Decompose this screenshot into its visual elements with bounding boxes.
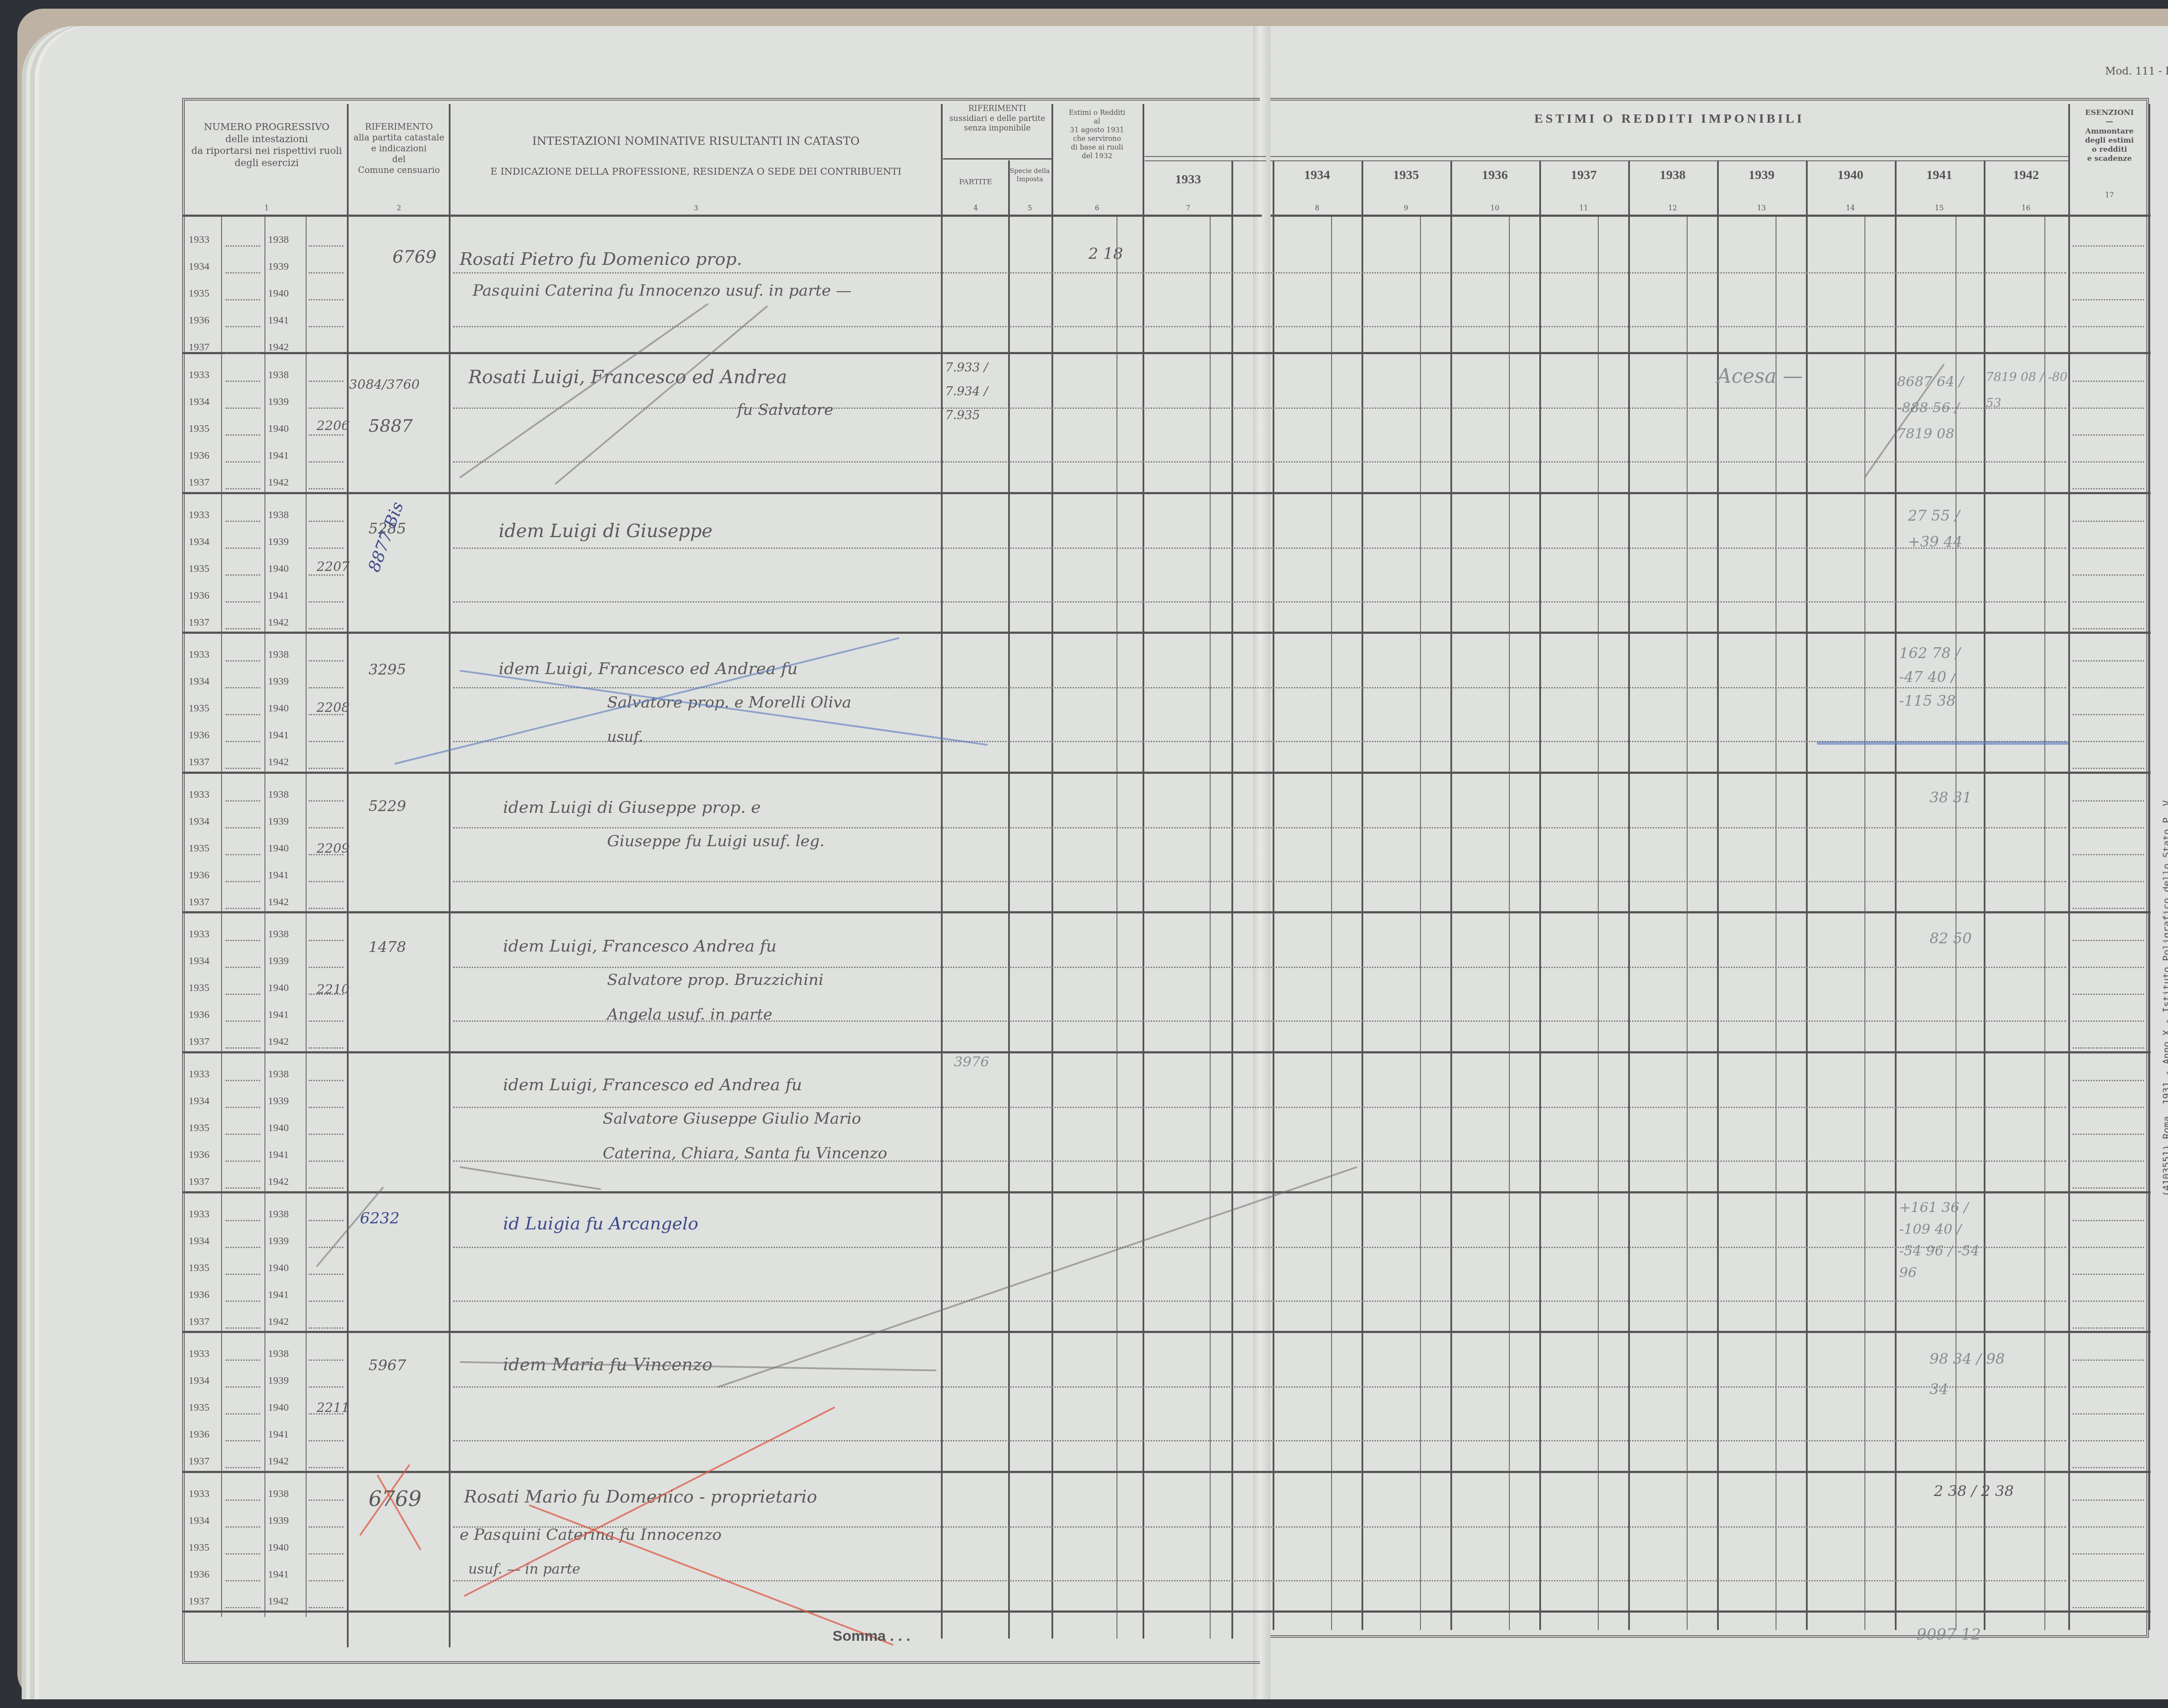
dotted-line <box>309 768 343 769</box>
column-number: 17 <box>2070 191 2148 199</box>
entry-value-1941: 27 55 / +39 44 <box>1908 503 1995 555</box>
dotted-line <box>2073 601 2144 603</box>
year-label: 1935 <box>189 1122 209 1134</box>
header-line: — <box>2070 117 2148 127</box>
year-label: 1939 <box>268 955 289 967</box>
year-label: 1937 <box>189 477 209 489</box>
row-separator <box>182 352 2151 354</box>
form-model-text: Mod. 111 - Imposte Dirette <box>2105 65 2168 77</box>
year-label: 1934 <box>189 676 209 688</box>
dotted-line <box>309 548 343 549</box>
header-riferimento: RIFERIMENTO alla partita catastale e ind… <box>349 121 449 176</box>
year-label: 1942 <box>268 1456 289 1467</box>
entry-line3: Angela usuf. in parte <box>607 1006 772 1023</box>
header-title: RIFERIMENTI <box>943 104 1051 114</box>
dotted-line <box>2073 574 2144 576</box>
year-label: 1940 <box>268 423 289 435</box>
year-label: 1939 <box>268 396 289 408</box>
dotted-line <box>225 326 260 327</box>
year-label: 1941 <box>268 590 289 602</box>
year-label: 1938 <box>268 1488 289 1500</box>
entry-line2: Salvatore prop. Bruzzichini <box>607 971 823 989</box>
year-label: 1942 <box>268 896 289 908</box>
header-line: di base ai ruoli <box>1054 143 1140 152</box>
header-riferimenti-sussidiari: RIFERIMENTI sussidiari e delle partite s… <box>943 104 1051 134</box>
dotted-line <box>225 548 260 549</box>
dotted-line <box>309 299 343 300</box>
year-label: 1941 <box>268 315 289 326</box>
column-number: 8 <box>1273 204 1362 212</box>
header-line: da riportarsi nei rispettivi ruoli <box>186 145 347 157</box>
entry-value-1941: 162 78 / -47 40 / -115 38 <box>1899 642 1986 713</box>
entry-progressivo: 2211 <box>317 1400 349 1415</box>
header-line: del <box>349 154 449 165</box>
dotted-line <box>309 1526 343 1528</box>
year-label: 1935 <box>189 843 209 854</box>
entry-rif-partite: 3976 <box>954 1053 989 1070</box>
dotted-line <box>225 1274 260 1275</box>
entry-name: idem Luigi di Giuseppe prop. e <box>503 798 761 817</box>
header-year: 1936 <box>1450 167 1539 183</box>
row-separator <box>182 632 2151 634</box>
year-label: 1934 <box>189 396 209 408</box>
column-rule <box>1864 217 1865 1630</box>
column-rule <box>1008 160 1010 1639</box>
year-label: 1938 <box>268 1069 289 1080</box>
entry-value-1942: 7819 08 / -80 53 <box>1986 364 2073 416</box>
dotted-line <box>309 741 343 742</box>
dotted-line <box>2073 1499 2144 1501</box>
dotted-line <box>309 967 343 968</box>
year-label: 1933 <box>189 369 209 381</box>
entry-line3: Caterina, Chiara, Santa fu Vincenzo <box>603 1144 887 1162</box>
dotted-line <box>225 245 260 247</box>
dotted-line <box>2073 741 2144 742</box>
dotted-line <box>2073 1020 2144 1022</box>
dotted-line <box>225 940 260 941</box>
dotted-line <box>309 1080 343 1081</box>
year-label: 1942 <box>268 477 289 489</box>
entry-progressivo: 2206 <box>317 418 349 434</box>
column-rule <box>1362 160 1363 1630</box>
dotted-line <box>225 521 260 522</box>
header-line: 31 agosto 1931 <box>1054 126 1140 134</box>
entry-progressivo: 2207 <box>317 559 349 574</box>
year-label: 1940 <box>268 1122 289 1134</box>
dotted-line <box>2073 854 2144 855</box>
dotted-line <box>309 245 343 247</box>
dotted-line <box>309 1553 343 1555</box>
dotted-line <box>309 1327 343 1329</box>
dotted-line <box>309 601 343 603</box>
header-line: Comune censuario <box>349 165 449 176</box>
year-label: 1937 <box>189 756 209 768</box>
header-divider <box>1270 156 2068 161</box>
dotted-line <box>225 1327 260 1329</box>
column-rule <box>306 217 307 1617</box>
row-separator <box>182 492 2151 494</box>
dotted-line <box>2073 994 2144 995</box>
year-label: 1936 <box>189 450 209 462</box>
entry-partita: 1478 <box>369 939 406 956</box>
dotted-line <box>309 1440 343 1441</box>
dotted-line <box>309 687 343 688</box>
column-rule <box>1806 160 1808 1630</box>
column-number: 7 <box>1145 204 1231 212</box>
header-title: NUMERO PROGRESSIVO <box>186 121 347 134</box>
dotted-line <box>2073 326 2144 327</box>
dotted-line <box>453 1301 2066 1302</box>
dotted-line <box>225 967 260 968</box>
year-label: 1940 <box>268 563 289 575</box>
dotted-line <box>225 1413 260 1415</box>
year-label: 1941 <box>268 1009 289 1021</box>
entry-partita: 6769 <box>392 247 437 267</box>
dotted-line <box>453 827 2066 828</box>
year-label: 1942 <box>268 1596 289 1607</box>
dotted-line <box>309 1160 343 1162</box>
year-label: 1940 <box>268 703 289 714</box>
dotted-line <box>453 1440 2066 1441</box>
right-table-frame <box>1270 98 2149 1638</box>
dotted-line <box>225 827 260 828</box>
column-number: 12 <box>1628 204 1717 212</box>
header-annotazioni: ANNOTAZIONI <box>2151 139 2168 152</box>
dotted-line <box>225 908 260 909</box>
year-label: 1938 <box>268 509 289 521</box>
header-subtitle: E INDICAZIONE DELLA PROFESSIONE, RESIDEN… <box>451 166 941 178</box>
entry-value-1941: 98 34 / 98 34 <box>1930 1344 2016 1405</box>
year-label: 1936 <box>189 315 209 326</box>
header-estimi-imponibili: ESTIMI O REDDITI IMPONIBILI <box>1275 111 2064 127</box>
year-label: 1938 <box>268 234 289 246</box>
year-label: 1936 <box>189 1569 209 1581</box>
dotted-line <box>309 827 343 828</box>
column-rule <box>1143 104 1144 1639</box>
entry-name: idem Luigi, Francesco Andrea fu <box>503 936 777 955</box>
entry-value-1941: 8687 64 / -888 56 / 7819 08 <box>1897 368 1984 447</box>
dotted-line <box>225 1020 260 1022</box>
dotted-line <box>453 326 2066 327</box>
column-number: 18 <box>2151 191 2168 199</box>
year-label: 1935 <box>189 1262 209 1274</box>
dotted-line <box>2073 1440 2144 1441</box>
header-divider <box>943 158 1051 160</box>
column-rule <box>1273 160 1274 1630</box>
year-label: 1939 <box>268 536 289 548</box>
dotted-line <box>309 574 343 576</box>
entry-progressivo: 2209 <box>317 841 349 856</box>
dotted-line <box>309 1020 343 1022</box>
header-line: del 1932 <box>1054 152 1140 160</box>
year-label: 1935 <box>189 288 209 300</box>
row-separator <box>182 1051 2151 1053</box>
dotted-line <box>2073 1274 2144 1275</box>
year-label: 1934 <box>189 536 209 548</box>
dotted-line <box>225 1526 260 1528</box>
column-number: 15 <box>1895 204 1984 212</box>
dotted-line <box>2073 768 2144 769</box>
header-year: 1940 <box>1806 167 1895 183</box>
header-line: e indicazioni <box>349 143 449 154</box>
year-label: 1938 <box>268 649 289 661</box>
dotted-line <box>309 381 343 382</box>
dotted-line <box>225 1301 260 1302</box>
header-bottom-rule <box>1270 215 2151 217</box>
dotted-line <box>225 1553 260 1555</box>
dotted-line <box>453 407 2066 409</box>
entry-partita-new: 5887 <box>369 416 413 436</box>
entry-value-1941: 38 31 <box>1930 789 1972 806</box>
year-label: 1934 <box>189 955 209 967</box>
dotted-line <box>453 881 2066 882</box>
dotted-line <box>2073 1160 2144 1162</box>
header-esenzioni: ESENZIONI — Ammontare degli estimi o red… <box>2070 108 2148 164</box>
column-number: 10 <box>1450 204 1539 212</box>
year-label: 1939 <box>268 1235 289 1247</box>
year-label: 1942 <box>268 1176 289 1188</box>
dotted-line <box>309 326 343 327</box>
entry-name: id Luigia fu Arcangelo <box>503 1214 699 1234</box>
entry-value-1941: +161 36 / -109 40 / -54 96 / -54 96 <box>1899 1196 1986 1283</box>
dotted-line <box>225 407 260 409</box>
year-label: 1940 <box>268 982 289 994</box>
dotted-line <box>225 1047 260 1049</box>
year-label: 1940 <box>268 843 289 854</box>
column-rule <box>1051 104 1053 1639</box>
dotted-line <box>2073 434 2144 436</box>
dotted-line <box>2073 548 2144 549</box>
year-label: 1933 <box>189 789 209 801</box>
somma-label: Somma . . . <box>833 1628 911 1645</box>
entry-name: Rosati Pietro fu Domenico prop. <box>460 249 742 269</box>
dotted-line <box>225 1080 260 1081</box>
column-rule <box>2148 104 2150 1630</box>
column-rule <box>347 104 349 1647</box>
year-label: 1939 <box>268 261 289 273</box>
dotted-line <box>2073 1386 2144 1388</box>
dotted-line <box>309 881 343 882</box>
year-label: 1937 <box>189 1036 209 1048</box>
row-separator <box>182 911 2151 913</box>
year-label: 1933 <box>189 1209 209 1220</box>
dotted-line <box>2073 881 2144 882</box>
dotted-line <box>453 272 2066 274</box>
dotted-line <box>309 660 343 662</box>
header-year-1933: 1933 <box>1145 171 1231 188</box>
dotted-line <box>2073 1607 2144 1608</box>
header-bottom-rule <box>182 215 1262 217</box>
entry-partita: 6232 <box>360 1209 400 1227</box>
year-label: 1938 <box>268 369 289 381</box>
column-number: 2 <box>349 204 449 212</box>
dotted-line <box>225 1187 260 1189</box>
dotted-line <box>2073 1220 2144 1221</box>
header-year: 1935 <box>1362 167 1450 183</box>
dotted-line <box>453 601 2066 603</box>
year-label: 1934 <box>189 261 209 273</box>
column-rule <box>941 104 943 1639</box>
header-year: 1942 <box>1984 167 2068 183</box>
column-number: 1 <box>186 204 347 212</box>
dotted-line <box>225 1134 260 1135</box>
entry-partita: 3084/3760 <box>349 377 420 392</box>
dotted-line <box>309 1607 343 1608</box>
column-rule <box>1984 160 1985 1630</box>
dotted-line <box>225 994 260 995</box>
year-label: 1933 <box>189 509 209 521</box>
column-rule <box>1420 217 1421 1630</box>
dotted-line <box>2073 245 2144 247</box>
dotted-line <box>309 1499 343 1501</box>
year-label: 1934 <box>189 1375 209 1387</box>
dotted-line <box>225 1160 260 1162</box>
header-line: Ammontare <box>2070 127 2148 136</box>
year-label: 1941 <box>268 1149 289 1161</box>
header-line: sussidiari e delle partite <box>943 114 1051 124</box>
dotted-line <box>2073 1187 2144 1189</box>
year-label: 1938 <box>268 1209 289 1220</box>
dotted-line <box>2073 1047 2144 1049</box>
dotted-line <box>225 1499 260 1501</box>
dotted-line <box>2073 407 2144 409</box>
year-label: 1933 <box>189 1069 209 1080</box>
header-year: 1934 <box>1273 167 1362 183</box>
dotted-line <box>225 687 260 688</box>
header-line: degli esercizi <box>186 157 347 169</box>
year-label: 1934 <box>189 1095 209 1107</box>
dotted-line <box>2073 967 2144 968</box>
row-separator <box>182 1331 2151 1333</box>
header-title: ESENZIONI <box>2070 108 2148 117</box>
header-year: 1941 <box>1895 167 1984 183</box>
entry-name: idem Luigi di Giuseppe <box>499 520 712 541</box>
dotted-line <box>225 1220 260 1221</box>
entry-progressivo: 2208 <box>317 700 349 715</box>
dotted-line <box>225 1107 260 1108</box>
entry-line2: Giuseppe fu Luigi usuf. leg. <box>607 832 825 850</box>
dotted-line <box>309 272 343 274</box>
year-label: 1942 <box>268 1316 289 1328</box>
year-label: 1936 <box>189 1289 209 1301</box>
column-rule <box>1628 160 1630 1630</box>
column-rule <box>221 217 222 1617</box>
year-label: 1939 <box>268 816 289 828</box>
column-rule <box>1450 160 1452 1630</box>
dotted-line <box>225 1607 260 1608</box>
column-number: 9 <box>1362 204 1450 212</box>
entry-partita: 5967 <box>369 1357 406 1374</box>
dotted-line <box>225 353 260 354</box>
dotted-line <box>225 1386 260 1388</box>
dotted-line <box>453 967 2066 968</box>
year-label: 1938 <box>268 929 289 940</box>
dotted-line <box>2073 1247 2144 1248</box>
dotted-line <box>2073 1553 2144 1555</box>
entry-name: Rosati Mario fu Domenico - proprietario <box>464 1487 817 1507</box>
year-label: 1935 <box>189 982 209 994</box>
header-specie-imposta: Specie della Imposta <box>1008 167 1051 183</box>
year-label: 1937 <box>189 1456 209 1467</box>
dotted-line <box>225 1247 260 1248</box>
dotted-line <box>2073 908 2144 909</box>
header-partite: PARTITE <box>943 178 1008 187</box>
year-label: 1936 <box>189 1429 209 1441</box>
year-label: 1935 <box>189 1542 209 1554</box>
column-rule <box>1231 160 1233 1639</box>
year-label: 1933 <box>189 649 209 661</box>
dotted-line <box>309 1134 343 1135</box>
dotted-line <box>225 488 260 489</box>
dotted-line <box>2073 1107 2144 1108</box>
dotted-line <box>309 1107 343 1108</box>
year-label: 1936 <box>189 590 209 602</box>
column-rule <box>2068 104 2070 1630</box>
dotted-line <box>2073 1134 2144 1135</box>
dotted-line <box>2073 272 2144 274</box>
dotted-line <box>2073 1359 2144 1361</box>
dotted-line <box>225 1440 260 1441</box>
column-number: 16 <box>1984 204 2068 212</box>
dotted-line <box>309 1580 343 1581</box>
dotted-line <box>309 628 343 629</box>
dotted-line <box>225 628 260 629</box>
header-line: che servirono <box>1054 134 1140 143</box>
year-label: 1935 <box>189 423 209 435</box>
year-label: 1940 <box>268 1402 289 1414</box>
dotted-line <box>2073 521 2144 522</box>
dotted-line <box>2073 687 2144 688</box>
dotted-line <box>309 1047 343 1049</box>
header-line: al <box>1054 117 1140 126</box>
year-label: 1939 <box>268 676 289 688</box>
dotted-line <box>225 800 260 802</box>
dotted-line <box>2073 940 2144 941</box>
dotted-line <box>225 434 260 436</box>
dotted-line <box>309 1220 343 1221</box>
column-rule <box>1539 160 1541 1630</box>
dotted-line <box>225 299 260 300</box>
dotted-line <box>2073 1327 2144 1329</box>
entry-accesa-note: Acesa — <box>1717 364 1803 388</box>
row-separator <box>182 1471 2151 1473</box>
entry-line2: Salvatore Giuseppe Giulio Mario <box>603 1110 861 1128</box>
dotted-line <box>309 1467 343 1468</box>
dotted-line <box>2073 714 2144 715</box>
header-line: o redditi <box>2070 145 2148 154</box>
entry-name: idem Luigi, Francesco ed Andrea fu <box>503 1075 802 1094</box>
year-label: 1937 <box>189 342 209 353</box>
year-label: 1939 <box>268 1095 289 1107</box>
year-label: 1934 <box>189 1235 209 1247</box>
entry-line3: usuf. <box>607 728 643 746</box>
dotted-line <box>2073 1301 2144 1302</box>
dotted-line <box>2073 1580 2144 1581</box>
year-label: 1937 <box>189 896 209 908</box>
dotted-line <box>225 272 260 274</box>
dotted-line <box>309 461 343 463</box>
header-line: senza imponibile <box>943 124 1051 134</box>
dotted-line <box>2073 628 2144 629</box>
year-label: 1940 <box>268 1262 289 1274</box>
dotted-line <box>2073 800 2144 802</box>
entry-estimo-1931: 2 18 <box>1088 245 1123 263</box>
column-number: 13 <box>1717 204 1806 212</box>
year-label: 1941 <box>268 450 289 462</box>
header-numero-progressivo: NUMERO PROGRESSIVO delle intestazioni da… <box>186 121 347 169</box>
dotted-line <box>453 461 2066 463</box>
year-label: 1942 <box>268 342 289 353</box>
